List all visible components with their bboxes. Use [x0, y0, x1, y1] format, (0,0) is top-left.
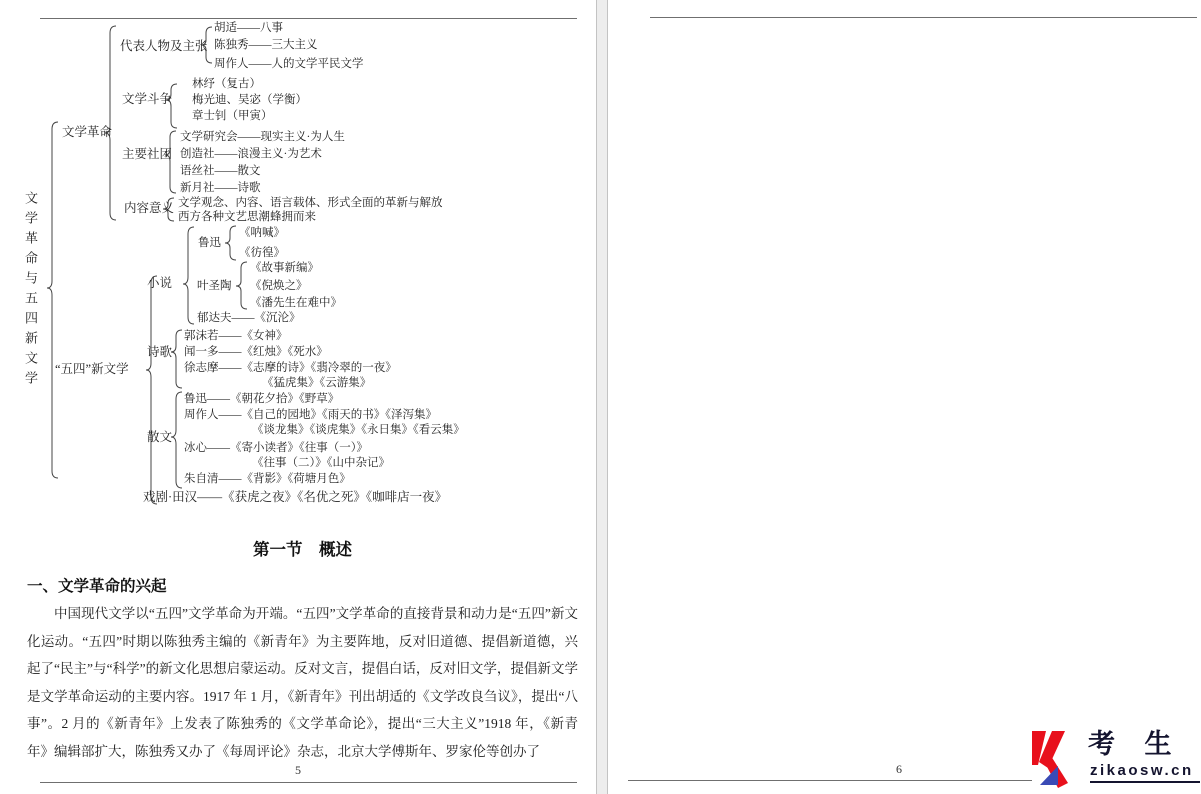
tree-branch-literary-revolution: 文学革命 — [62, 125, 112, 140]
tree-item: 《潘先生在难中》 — [250, 296, 342, 310]
tree-label-societies: 主要社团 — [122, 147, 172, 162]
logo-domain-text: zikaosw.cn — [1090, 762, 1200, 783]
tree-item: 徐志摩——《志摩的诗》《翡冷翠的一夜》 — [184, 361, 397, 375]
tree-item: 《彷徨》 — [239, 246, 285, 260]
tree-item: 西方各种文艺思潮蜂拥而来 — [178, 210, 316, 224]
brace-societies — [165, 131, 176, 193]
tree-diagram: 文学革命与五四新文学 文学革命 代表人物及主张 胡适——八事 陈独秀——三大主义… — [0, 0, 596, 530]
tree-item: 文学观念、内容、语言载体、形式全面的革新与解放 — [178, 196, 443, 210]
zikaosw-logo: 考 生 网 zikaosw.cn — [1032, 720, 1201, 792]
tree-label-representatives: 代表人物及主张 — [120, 39, 208, 54]
brace-fiction — [183, 227, 194, 324]
tree-label-fiction: 小说 — [147, 276, 172, 291]
brace-root — [47, 122, 58, 478]
page-right: 《新潮》月刊，胡适发表了《建设的文学革命论》，提出“国语的文学，文学的国语”，周… — [608, 0, 1201, 794]
tree-item: 闻一多——《红烛》《死水》 — [184, 345, 328, 359]
brace-yeshengtao — [236, 262, 247, 309]
tree-item: 周作人——《自己的园地》《雨天的书》《泽泻集》 — [184, 408, 437, 422]
tree-item: 《谈龙集》《谈虎集》《永日集》《看云集》 — [252, 423, 465, 437]
brace-poetry — [171, 330, 182, 388]
tree-item: 梅光迪、吴宓（学衡） — [192, 93, 307, 107]
left-page-number: 5 — [0, 763, 596, 778]
right-page-number: 6 — [896, 762, 902, 777]
tree-item: 语丝社——散文 — [180, 164, 261, 178]
left-page-bottom-rule — [40, 782, 577, 783]
tree-item: 冰心——《寄小读者》《往事（一）》 — [184, 441, 368, 455]
heading-literary-revolution-rise: 一、文学革命的兴起 — [27, 574, 167, 596]
logo-brand-text: 考 生 网 — [1088, 722, 1201, 761]
tree-item: 胡适——八事 — [214, 21, 283, 35]
brace-literary-revolution — [105, 26, 116, 220]
brace-may-fourth — [146, 276, 157, 504]
tree-label-significance: 内容意义 — [124, 201, 174, 216]
logo-k-mark-icon — [1032, 723, 1088, 789]
left-body-paragraph: 中国现代文学以“五四”文学革命为开端。“五四”文学革命的直接背景和动力是“五四”… — [27, 600, 578, 765]
document-spread: 文学革命与五四新文学 文学革命 代表人物及主张 胡适——八事 陈独秀——三大主义… — [0, 0, 1201, 794]
tree-item: 《呐喊》 — [239, 226, 285, 240]
tree-label-prose: 散文 — [147, 430, 172, 445]
tree-item: 《倪焕之》 — [250, 279, 308, 293]
tree-item: 创造社——浪漫主义·为艺术 — [180, 147, 322, 161]
tree-item: 《猛虎集》《云游集》 — [262, 376, 371, 390]
tree-item: 文学研究会——现实主义·为人生 — [180, 130, 345, 144]
right-page-top-rule — [650, 17, 1197, 18]
tree-author-luxun: 鲁迅 — [198, 236, 221, 250]
tree-item: 朱自清——《背影》《荷塘月色》 — [184, 472, 351, 486]
tree-item: 林纾（复古） — [192, 77, 261, 91]
page-left: 文学革命与五四新文学 文学革命 代表人物及主张 胡适——八事 陈独秀——三大主义… — [0, 0, 596, 794]
tree-label-struggles: 文学斗争 — [122, 92, 172, 107]
tree-item: 鲁迅——《朝花夕拾》《野草》 — [184, 392, 339, 406]
brace-luxun — [225, 226, 236, 260]
tree-label-poetry: 诗歌 — [147, 345, 172, 360]
tree-item: 章士钊（甲寅） — [192, 109, 273, 123]
tree-item: 郁达夫——《沉沦》 — [197, 311, 301, 325]
tree-author-yeshengtao: 叶圣陶 — [197, 279, 232, 293]
tree-item: 郭沫若——《女神》 — [184, 329, 288, 343]
tree-item: 《故事新编》 — [250, 261, 319, 275]
section-title: 第一节 概述 — [27, 536, 578, 560]
tree-item: 陈独秀——三大主义 — [214, 38, 318, 52]
tree-item: 周作人——人的文学平民文学 — [214, 57, 364, 71]
tree-root-title: 文学革命与五四新文学 — [21, 191, 40, 391]
tree-item: 《往事（二）》《山中杂记》 — [252, 456, 390, 470]
tree-branch-drama: 戏剧·田汉——《获虎之夜》《名优之死》《咖啡店一夜》 — [143, 490, 447, 505]
brace-prose — [171, 392, 182, 488]
tree-item: 新月社——诗歌 — [180, 181, 261, 195]
tree-branch-may-fourth: “五四”新文学 — [55, 362, 129, 377]
page-gap-divider — [596, 0, 608, 794]
